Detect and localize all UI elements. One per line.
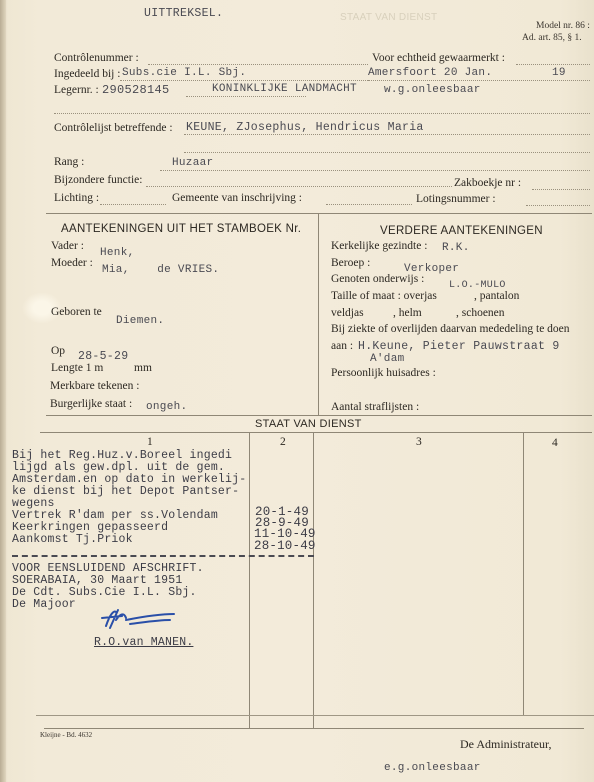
straflijsten-label: Aantal straflijsten : (331, 401, 419, 413)
column-divider-3 (523, 433, 524, 715)
rang-value: Huzaar (172, 157, 213, 169)
echtheid-label: Voor echtheid gewaarmerkt : (372, 52, 505, 64)
model-article: Ad. art. 85, § 1. (522, 33, 582, 43)
echtheid-date-line (368, 80, 590, 81)
geboren-label: Geboren te (51, 306, 102, 318)
lotingsnummer-line (526, 205, 590, 206)
burgerlijke-label: Burgerlijke staat : (50, 398, 132, 410)
certification-line-4: De Majoor (12, 598, 76, 611)
legernr-label: Legernr. : (54, 84, 99, 96)
huisadres-label: Persoonlijk huisadres : (331, 367, 436, 379)
helm-label: , helm (393, 307, 422, 319)
entry-text: Aankomst Tj.Priok (12, 533, 133, 546)
certification-name: R.O.van MANEN. (94, 636, 193, 649)
ziekte-value-1: H.Keune, Pieter Pauwstraat 9 (358, 340, 560, 353)
separator-line (54, 113, 590, 114)
moeder-value: Mia, de VRIES. (102, 264, 219, 276)
zakboekje-line (532, 189, 590, 190)
column-header-4: 4 (552, 437, 558, 449)
vader-value: Henk, (100, 247, 135, 259)
ziekte-value-2: A'dam (370, 353, 405, 365)
ingedeeld-value: Subs.cie I.L. Sbj. (122, 67, 246, 79)
staat-top-rule (46, 415, 592, 416)
column-header-3: 3 (416, 436, 422, 448)
ingedeeld-line (120, 80, 370, 81)
ingedeeld-label: Ingedeeld bij : (54, 68, 120, 80)
controlenummer-line (148, 64, 368, 65)
column-header-2: 2 (280, 436, 286, 448)
section-divider (318, 214, 319, 416)
controlelijst-line (184, 134, 590, 135)
zakboekje-label: Zakboekje nr : (454, 177, 521, 189)
bijzondere-functie-label: Bijzondere functie: (54, 174, 142, 186)
lengte-label: Lengte 1 m (51, 362, 103, 374)
ziekte-label: Bij ziekte of overlijden daarvan mededel… (331, 323, 570, 335)
bijzondere-functie-line (146, 186, 452, 187)
onderwijs-label: Genoten onderwijs : (331, 273, 424, 285)
gemeente-label: Gemeente van inschrijving : (172, 192, 302, 204)
lotingsnummer-label: Lotingsnummer : (416, 193, 496, 205)
page-edge (0, 0, 6, 782)
lichting-line (100, 204, 166, 205)
section-top-rule (46, 213, 592, 214)
aan-label: aan : (331, 340, 353, 352)
op-label: Op (51, 345, 65, 357)
geboren-value: Diemen. (116, 315, 164, 327)
column-divider-1 (249, 433, 250, 728)
beroep-label: Beroep : (331, 257, 370, 269)
column-divider-2 (313, 433, 314, 728)
burgerlijke-value: ongeh. (146, 401, 187, 413)
echtheid-signed: w.g.onleesbaar (384, 84, 481, 96)
echtheid-year: 19 (552, 67, 566, 79)
controlelijst-label: Contrôlelijst betreffende : (54, 122, 173, 134)
administrateur-label: De Administrateur, (460, 737, 552, 752)
echtheid-place-date: Amersfoort 20 Jan. (368, 67, 492, 79)
taille-label: Taille of maat : overjas (331, 290, 437, 302)
administrateur-signed: e.g.onleesbaar (384, 762, 481, 774)
controlelijst-line-2 (184, 152, 590, 153)
lichting-label: Lichting : (54, 192, 99, 204)
schoenen-label: , schoenen (456, 307, 505, 319)
controlelijst-value: KEUNE, ZJosephus, Hendricus Maria (186, 121, 424, 134)
dashed-separator (12, 555, 314, 557)
kerkelijke-value: R.K. (442, 242, 470, 254)
rang-label: Rang : (54, 156, 84, 168)
footer-rule (44, 728, 584, 729)
echtheid-line (516, 64, 590, 65)
printer-mark: Kleijne - Bd. 4632 (40, 731, 92, 739)
legernr-line (186, 96, 306, 97)
veldjas-label: veldjas (331, 307, 364, 319)
merkbare-label: Merkbare tekenen : (50, 380, 139, 392)
rang-line (160, 170, 590, 171)
vader-label: Vader : (51, 240, 84, 252)
verdere-heading: VERDERE AANTEKENINGEN (380, 225, 543, 237)
document-title: UITTREKSEL. (144, 7, 223, 20)
model-number: Model nr. 86 : (536, 21, 590, 31)
legernr-value: 290528145 (102, 83, 170, 97)
gemeente-line (326, 204, 412, 205)
staat-heading-rule (40, 432, 592, 433)
signature (96, 606, 178, 632)
legernr-extra: KONINKLIJKE LANDMACHT (212, 83, 357, 95)
document-page: UITTREKSEL. STAAT VAN DIENST Model nr. 8… (0, 0, 594, 782)
pantalon-label: , pantalon (474, 290, 519, 302)
lengte-unit: mm (134, 362, 152, 374)
faded-header: STAAT VAN DIENST (340, 12, 437, 23)
stamboek-heading: AANTEKENINGEN UIT HET STAMBOEK Nr. (61, 223, 301, 235)
moeder-label: Moeder : (51, 257, 93, 269)
kerkelijke-label: Kerkelijke gezindte : (331, 240, 427, 252)
staat-bottom-rule (36, 715, 594, 716)
entry-date: 28-10-49 (254, 539, 316, 553)
column-header-1: 1 (147, 436, 153, 448)
staat-heading: STAAT VAN DIENST (255, 418, 362, 430)
controlenummer-label: Contrôlenummer : (54, 52, 139, 64)
